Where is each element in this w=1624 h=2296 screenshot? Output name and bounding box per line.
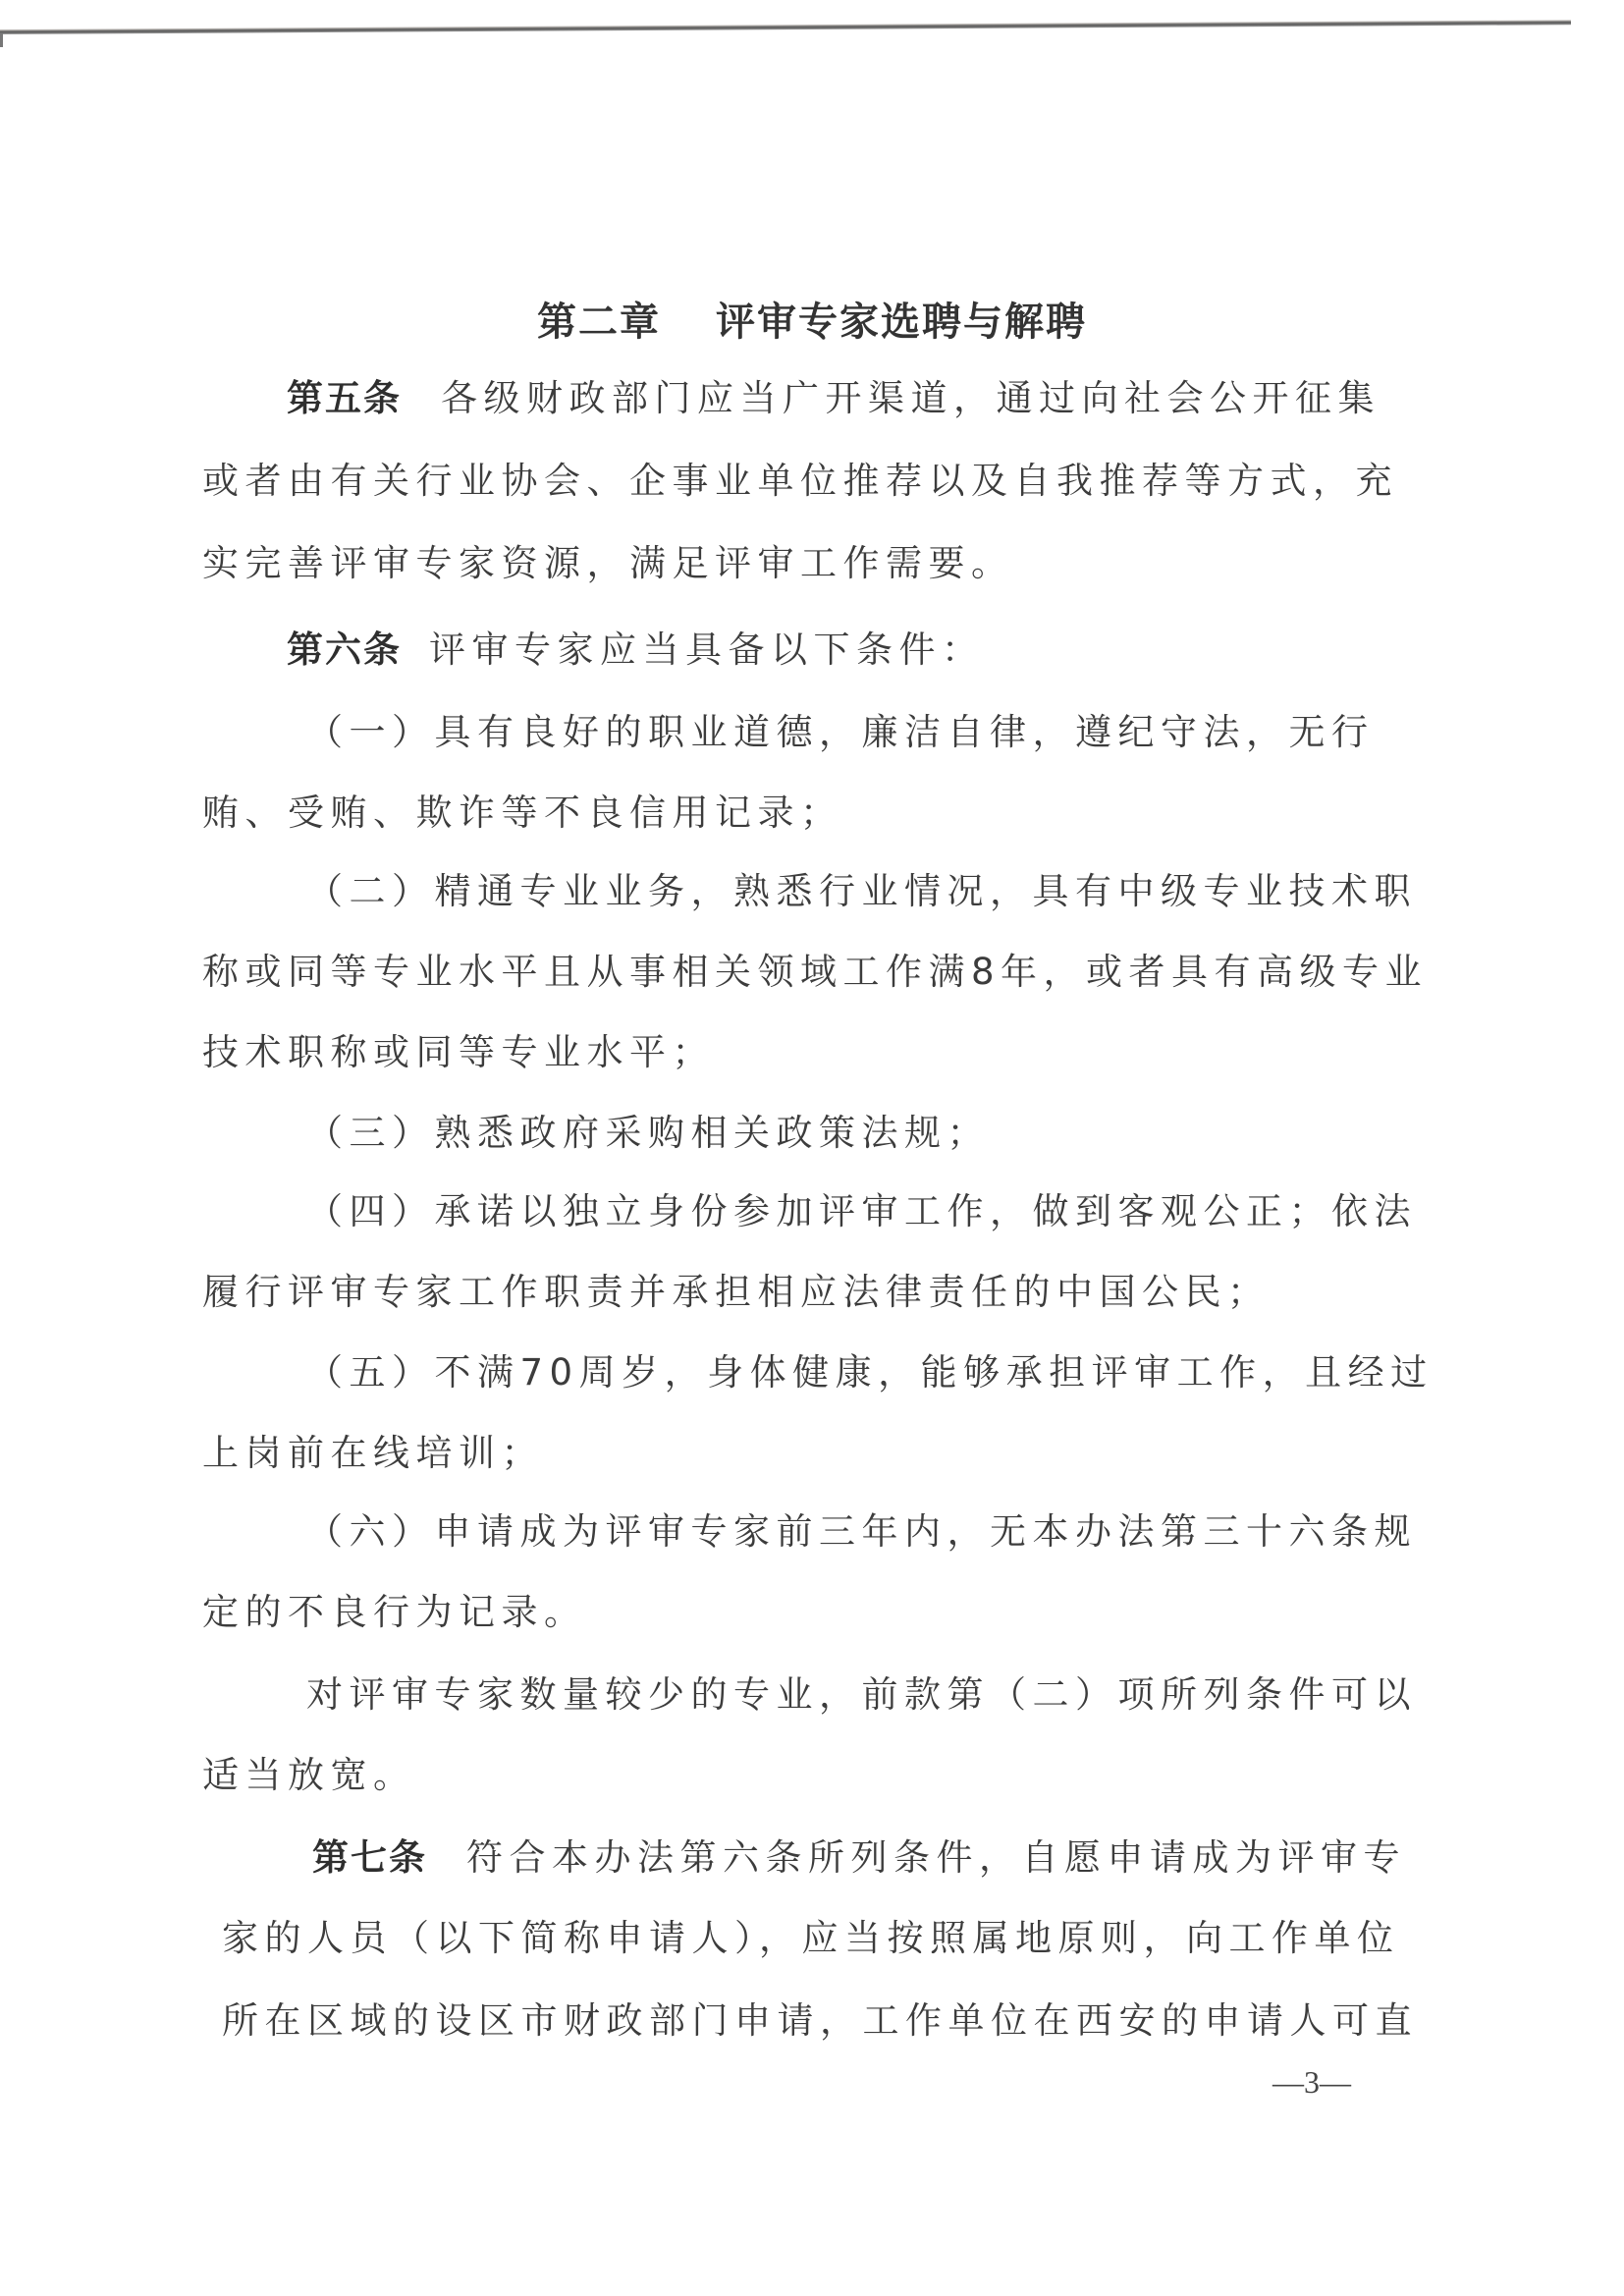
article-5-line-1: 第五条各级财政部门应当广开渠道，通过向社会公开征集 xyxy=(287,371,1380,426)
condition-2-line-3: 技术职称或同等专业水平； xyxy=(202,1025,715,1080)
page-number: —3— xyxy=(1272,2062,1351,2102)
article-label: 第七条 xyxy=(312,1836,427,1879)
condition-1-line-1: （一）具有良好的职业道德，廉洁自律，遵纪守法，无行 xyxy=(306,705,1375,760)
chapter-heading: 第二章评审专家选聘与解聘 xyxy=(0,293,1624,352)
condition-6-line-1: （六）申请成为评审专家前三年内，无本办法第三十六条规 xyxy=(306,1504,1417,1559)
condition-5-line-1: （五）不满70周岁，身体健康，能够承担评审工作，且经过 xyxy=(306,1345,1434,1400)
scan-edge-corner xyxy=(0,33,3,47)
relaxation-note-line-2: 适当放宽。 xyxy=(202,1748,416,1803)
relaxation-note-line-1: 对评审专家数量较少的专业，前款第（二）项所列条件可以 xyxy=(306,1667,1417,1722)
condition-1-line-2: 贿、受贿、欺诈等不良信用记录； xyxy=(202,786,843,841)
condition-5-line-2: 上岗前在线培训； xyxy=(202,1426,544,1481)
chapter-number: 第二章 xyxy=(537,300,661,345)
article-6-line-1: 第六条评审专家应当具备以下条件： xyxy=(287,623,985,678)
article-7-line-3: 所在区域的设区市财政部门申请，工作单位在西安的申请人可直 xyxy=(222,1994,1418,2049)
condition-3-line-1: （三）熟悉政府采购相关政策法规； xyxy=(306,1106,990,1161)
article-label: 第六条 xyxy=(287,629,402,671)
article-5-line-2: 或者由有关行业协会、企事业单位推荐以及自我推荐等方式，充 xyxy=(202,454,1398,509)
condition-6-line-2: 定的不良行为记录。 xyxy=(202,1585,587,1640)
condition-2-line-1: （二）精通专业业务，熟悉行业情况，具有中级专业技术职 xyxy=(306,864,1417,919)
condition-2-line-2: 称或同等专业水平且从事相关领域工作满8年，或者具有高级专业 xyxy=(202,945,1428,1000)
condition-4-line-2: 履行评审专家工作职责并承担相应法律责任的中国公民； xyxy=(202,1265,1271,1320)
scan-edge-line xyxy=(0,20,1571,34)
article-7-line-2: 家的人员（以下简称申请人），应当按照属地原则，向工作单位 xyxy=(222,1911,1400,1966)
article-7-line-1: 第七条符合本办法第六条所列条件，自愿申请成为评审专 xyxy=(312,1831,1406,1886)
article-label: 第五条 xyxy=(287,377,402,419)
article-5-line-3: 实完善评审专家资源，满足评审工作需要。 xyxy=(202,536,1014,591)
document-page: 第二章评审专家选聘与解聘 第五条各级财政部门应当广开渠道，通过向社会公开征集 或… xyxy=(0,0,1624,2296)
condition-4-line-1: （四）承诺以独立身份参加评审工作，做到客观公正；依法 xyxy=(306,1184,1417,1239)
chapter-title: 评审专家选聘与解聘 xyxy=(716,300,1087,345)
